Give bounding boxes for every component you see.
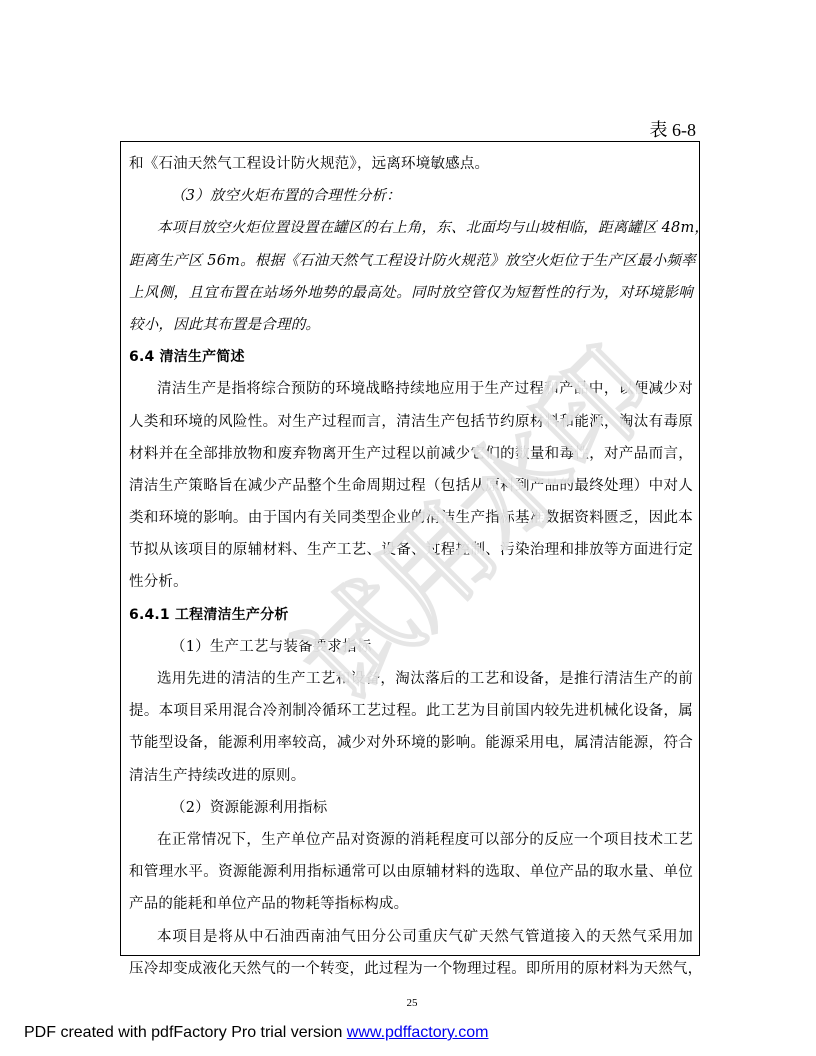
- text-line: 节拟从该项目的原辅材料、生产工艺、设备、过程控制、污染治理和排放等方面进行定: [129, 534, 693, 566]
- text-line: 提。本项目采用混合冷剂制冷循环工艺过程。此工艺为目前国内较先进机械化设备，属: [129, 695, 693, 727]
- text-line: 上风侧，且宜布置在站场外地势的最高处。同时放空管仅为短暂性的行为，对环境影响: [129, 277, 693, 309]
- subheading-process-equipment: （1）生产工艺与装备要求指标: [129, 631, 693, 663]
- text-line: 较小，因此其布置是合理的。: [129, 309, 693, 341]
- text-line: 性分析。: [129, 566, 693, 598]
- footer-text: PDF created with pdfFactory Pro trial ve…: [24, 1024, 347, 1041]
- text-line: 和《石油天然气工程设计防火规范》，远离环境敏感点。: [129, 148, 693, 180]
- pdffactory-link[interactable]: www.pdffactory.com: [347, 1024, 489, 1041]
- section-heading-6-4: 6.4 清洁生产简述: [129, 341, 693, 373]
- text-line: 人类和环境的风险性。对生产过程而言，清洁生产包括节约原材料和能源，淘汰有毒原: [129, 406, 693, 438]
- text-line: 产品的能耗和单位产品的物耗等指标构成。: [129, 888, 693, 920]
- page-number: 25: [0, 997, 816, 1009]
- text-line: 清洁生产持续改进的原则。: [129, 760, 693, 792]
- text-line: 和管理水平。资源能源利用指标通常可以由原辅材料的选取、单位产品的取水量、单位: [129, 856, 693, 888]
- text-line: 清洁生产策略旨在减少产品整个生命周期过程（包括从原料到产品的最终处理）中对人: [129, 470, 693, 502]
- text-line: 在正常情况下，生产单位产品对资源的消耗程度可以部分的反应一个项目技术工艺: [129, 824, 693, 856]
- table-content-box: 和《石油天然气工程设计防火规范》，远离环境敏感点。 （3）放空火炬布置的合理性分…: [120, 141, 700, 956]
- subheading-resource-energy: （2）资源能源利用指标: [129, 792, 693, 824]
- text-line: 选用先进的清洁的生产工艺和设备，淘汰落后的工艺和设备，是推行清洁生产的前: [129, 663, 693, 695]
- pdf-footer: PDF created with pdfFactory Pro trial ve…: [24, 1024, 488, 1042]
- text-line: 清洁生产是指将综合预防的环境战略持续地应用于生产过程和产品中，以便减少对: [129, 373, 693, 405]
- text-line: 类和环境的影响。由于国内有关同类型企业的清洁生产指标基准数据资料匮乏，因此本: [129, 502, 693, 534]
- text-line: 本项目放空火炬位置设置在罐区的右上角，东、北面均与山坡相临，距离罐区 48m，: [129, 212, 693, 244]
- text-line: 材料并在全部排放物和废弃物离开生产过程以前减少它们的数量和毒性，对产品而言，: [129, 438, 693, 470]
- section-heading-6-4-1: 6.4.1 工程清洁生产分析: [129, 599, 693, 631]
- table-label: 表 6-8: [650, 116, 697, 142]
- text-line: 节能型设备，能源利用率较高，减少对外环境的影响。能源采用电，属清洁能源，符合: [129, 727, 693, 759]
- text-line: 本项目是将从中石油西南油气田分公司重庆气矿天然气管道接入的天然气采用加: [129, 921, 693, 953]
- subheading-flare-analysis: （3）放空火炬布置的合理性分析：: [129, 180, 693, 212]
- text-line: 压冷却变成液化天然气的一个转变，此过程为一个物理过程。即所用的原材料为天然气，: [129, 953, 693, 985]
- text-line: 距离生产区 56m。根据《石油天然气工程设计防火规范》放空火炬位于生产区最小频率: [129, 245, 693, 277]
